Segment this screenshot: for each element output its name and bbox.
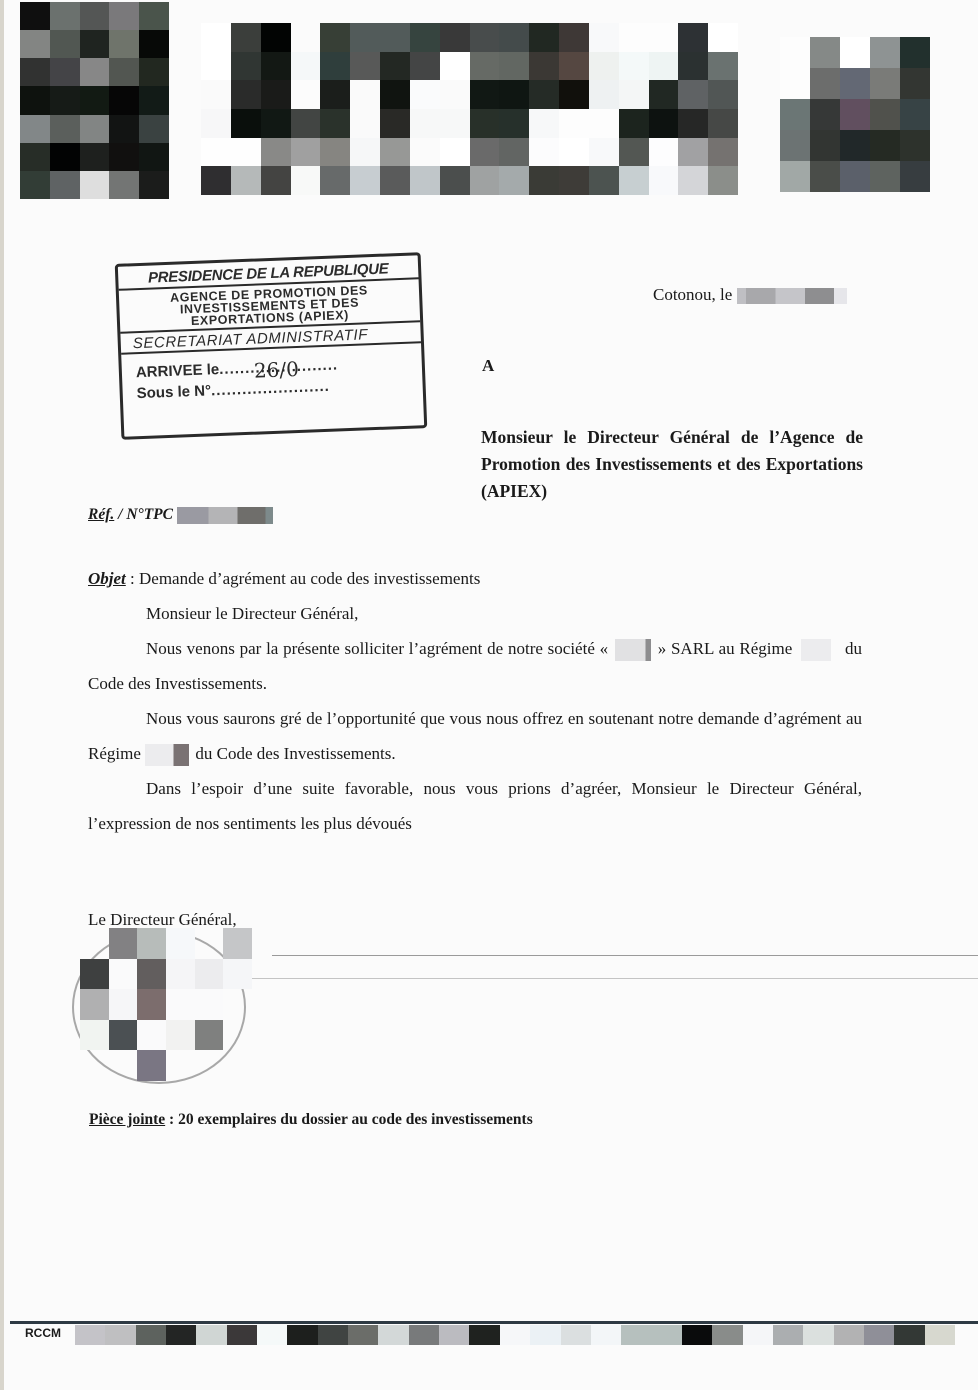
stamp-sous-le-label: Sous le N° — [136, 382, 211, 402]
reference-line: Réf. / N°TPC — [88, 506, 273, 524]
objet-label: Objet — [88, 569, 126, 588]
stamp-arrivee-label: ARRIVEE le — [136, 361, 220, 381]
addressee-prefix: A — [482, 356, 494, 376]
letterhead-title-redacted — [201, 23, 738, 195]
date-redacted — [737, 288, 847, 304]
date-prefix: Cotonou, le — [653, 285, 732, 304]
paragraph-2: Nous vous saurons gré de l’opportunité q… — [88, 701, 862, 771]
salutation-text: Monsieur le Directeur Général, — [146, 604, 358, 623]
reference-label: Réf. — [88, 506, 114, 523]
p3-text: Dans l’espoir d’une suite favorable, nou… — [88, 779, 862, 833]
regime-redacted — [801, 639, 831, 661]
rccm-label: RCCM — [25, 1326, 61, 1340]
signature-redacted — [80, 928, 252, 1081]
salutation: Monsieur le Directeur Général, — [88, 596, 862, 631]
objet-separator: : — [126, 569, 139, 588]
company-name-redacted — [615, 639, 651, 661]
attachment-line: Pièce jointe : 20 exemplaires du dossier… — [89, 1111, 533, 1129]
paragraph-3: Dans l’espoir d’une suite favorable, nou… — [88, 771, 862, 841]
stamp-arrivee-handwritten: 26/0 — [253, 357, 299, 383]
p1-text-a: Nous venons par la présente solliciter l… — [146, 639, 608, 658]
received-stamp: PRESIDENCE DE LA REPUBLIQUE AGENCE DE PR… — [115, 252, 428, 440]
logo-right-redacted — [780, 37, 930, 192]
reference-suffix: / N°TPC — [114, 506, 173, 523]
paragraph-1: Nous venons par la présente solliciter l… — [88, 631, 862, 701]
signatory-title: Le Directeur Général, — [88, 910, 237, 930]
date-line: Cotonou, le — [653, 285, 847, 305]
attachment-separator: : — [165, 1111, 178, 1128]
p2-text-b: du Code des Investissements. — [195, 744, 395, 763]
objet-text: Demande d’agrément au code des investiss… — [139, 569, 480, 588]
addressee-block: Monsieur le Directeur Général de l’Agenc… — [481, 424, 863, 505]
regime-redacted-2 — [145, 744, 189, 766]
scan-line-faint — [240, 978, 978, 979]
objet-line: Objet : Demande d’agrément au code des i… — [88, 561, 862, 596]
footer-redacted — [75, 1325, 955, 1345]
p1-text-b: » SARL au Régime — [658, 639, 793, 658]
logo-left-redacted — [20, 2, 169, 199]
scan-edge — [0, 0, 4, 1390]
attachment-text: 20 exemplaires du dossier au code des in… — [178, 1111, 533, 1128]
attachment-label: Pièce jointe — [89, 1111, 165, 1128]
footer-rule — [10, 1321, 978, 1324]
reference-redacted — [177, 507, 273, 524]
scan-line — [272, 955, 978, 956]
